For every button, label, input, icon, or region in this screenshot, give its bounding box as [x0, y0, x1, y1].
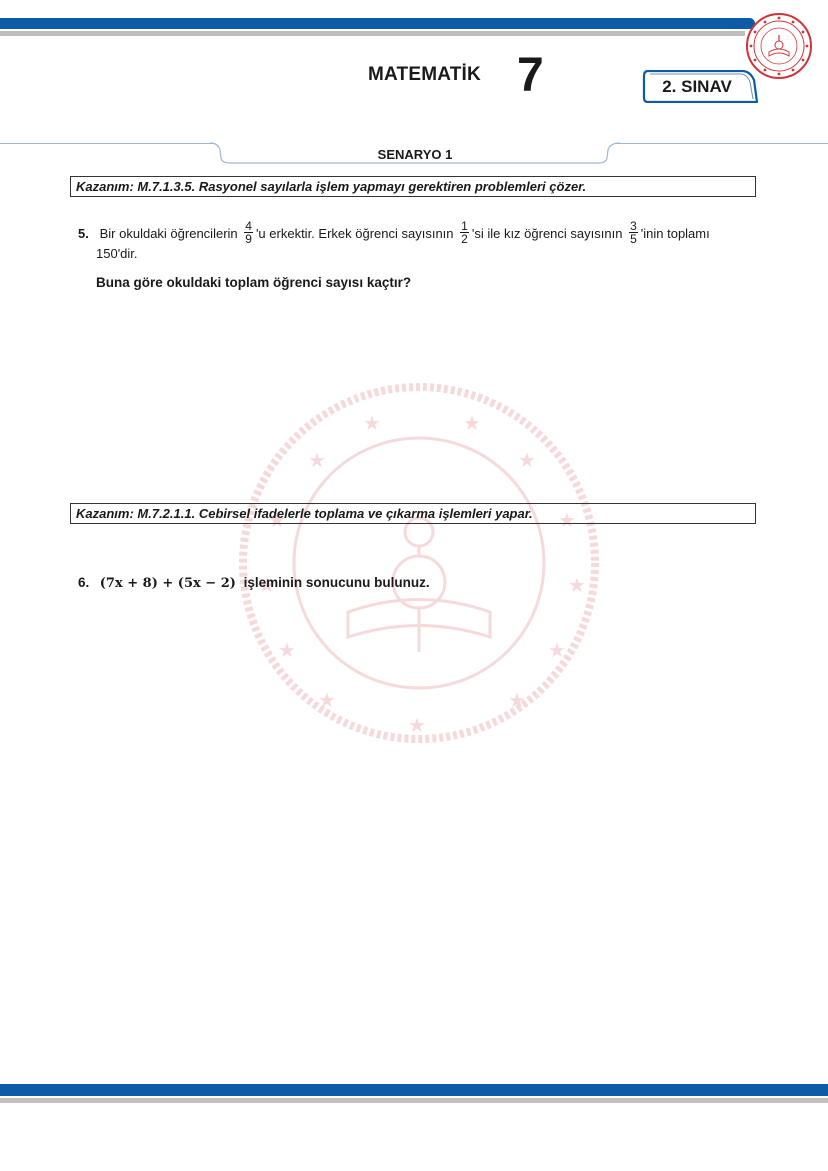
svg-text:★: ★ — [308, 450, 326, 472]
fraction: 3 5 — [629, 220, 638, 245]
question-6: 6. (7x + 8) + (5x − 2) işleminin sonucun… — [78, 575, 430, 591]
denominator: 5 — [630, 233, 637, 245]
bottom-gray-bar — [0, 1098, 828, 1103]
fraction: 4 9 — [244, 220, 253, 245]
learning-outcome-box: Kazanım: M.7.2.1.1. Cebirsel ifadelerle … — [70, 503, 756, 524]
bottom-blue-bar — [0, 1084, 828, 1096]
svg-text:★: ★ — [363, 413, 381, 435]
exam-badge: 2. SINAV — [642, 77, 752, 97]
top-blue-bar — [0, 18, 755, 29]
scenario-title: SENARYO 1 — [210, 147, 620, 162]
svg-text:★: ★ — [518, 450, 536, 472]
question-text: Bir okuldaki öğrencilerin — [100, 226, 238, 241]
question-text: 150'dir. — [96, 246, 138, 261]
question-text: işleminin sonucunu bulunuz. — [244, 575, 430, 590]
svg-text:★: ★ — [508, 690, 526, 712]
question-text: 'u erkektir. Erkek öğrenci sayısının — [256, 226, 454, 241]
grade-number: 7 — [517, 52, 544, 100]
ministry-watermark-icon: ★★ ★★ ★★ ★★ ★★ ★★ ★ — [238, 382, 600, 744]
svg-text:★: ★ — [318, 690, 336, 712]
question-prompt: Buna göre okuldaki toplam öğrenci sayısı… — [96, 275, 411, 290]
svg-text:★: ★ — [463, 413, 481, 435]
question-5: 5. Bir okuldaki öğrencilerin 4 9 'u erke… — [78, 222, 768, 247]
question-number: 5. — [78, 225, 96, 243]
svg-text:★: ★ — [548, 640, 566, 662]
question-number: 6. — [78, 575, 96, 590]
denominator: 9 — [245, 233, 252, 245]
svg-text:★: ★ — [278, 640, 296, 662]
learning-outcome-box: Kazanım: M.7.1.3.5. Rasyonel sayılarla i… — [70, 176, 756, 197]
subject-title: MATEMATİK — [368, 64, 481, 86]
fraction: 1 2 — [460, 220, 469, 245]
svg-text:★: ★ — [408, 715, 426, 737]
question-text: 'si ile kız öğrenci sayısının — [472, 226, 623, 241]
algebraic-expression: (7x + 8) + (5x − 2) — [100, 576, 236, 591]
question-text: 'inin toplamı — [641, 226, 710, 241]
top-gray-bar — [0, 31, 745, 36]
svg-text:★: ★ — [568, 575, 586, 597]
denominator: 2 — [461, 233, 468, 245]
